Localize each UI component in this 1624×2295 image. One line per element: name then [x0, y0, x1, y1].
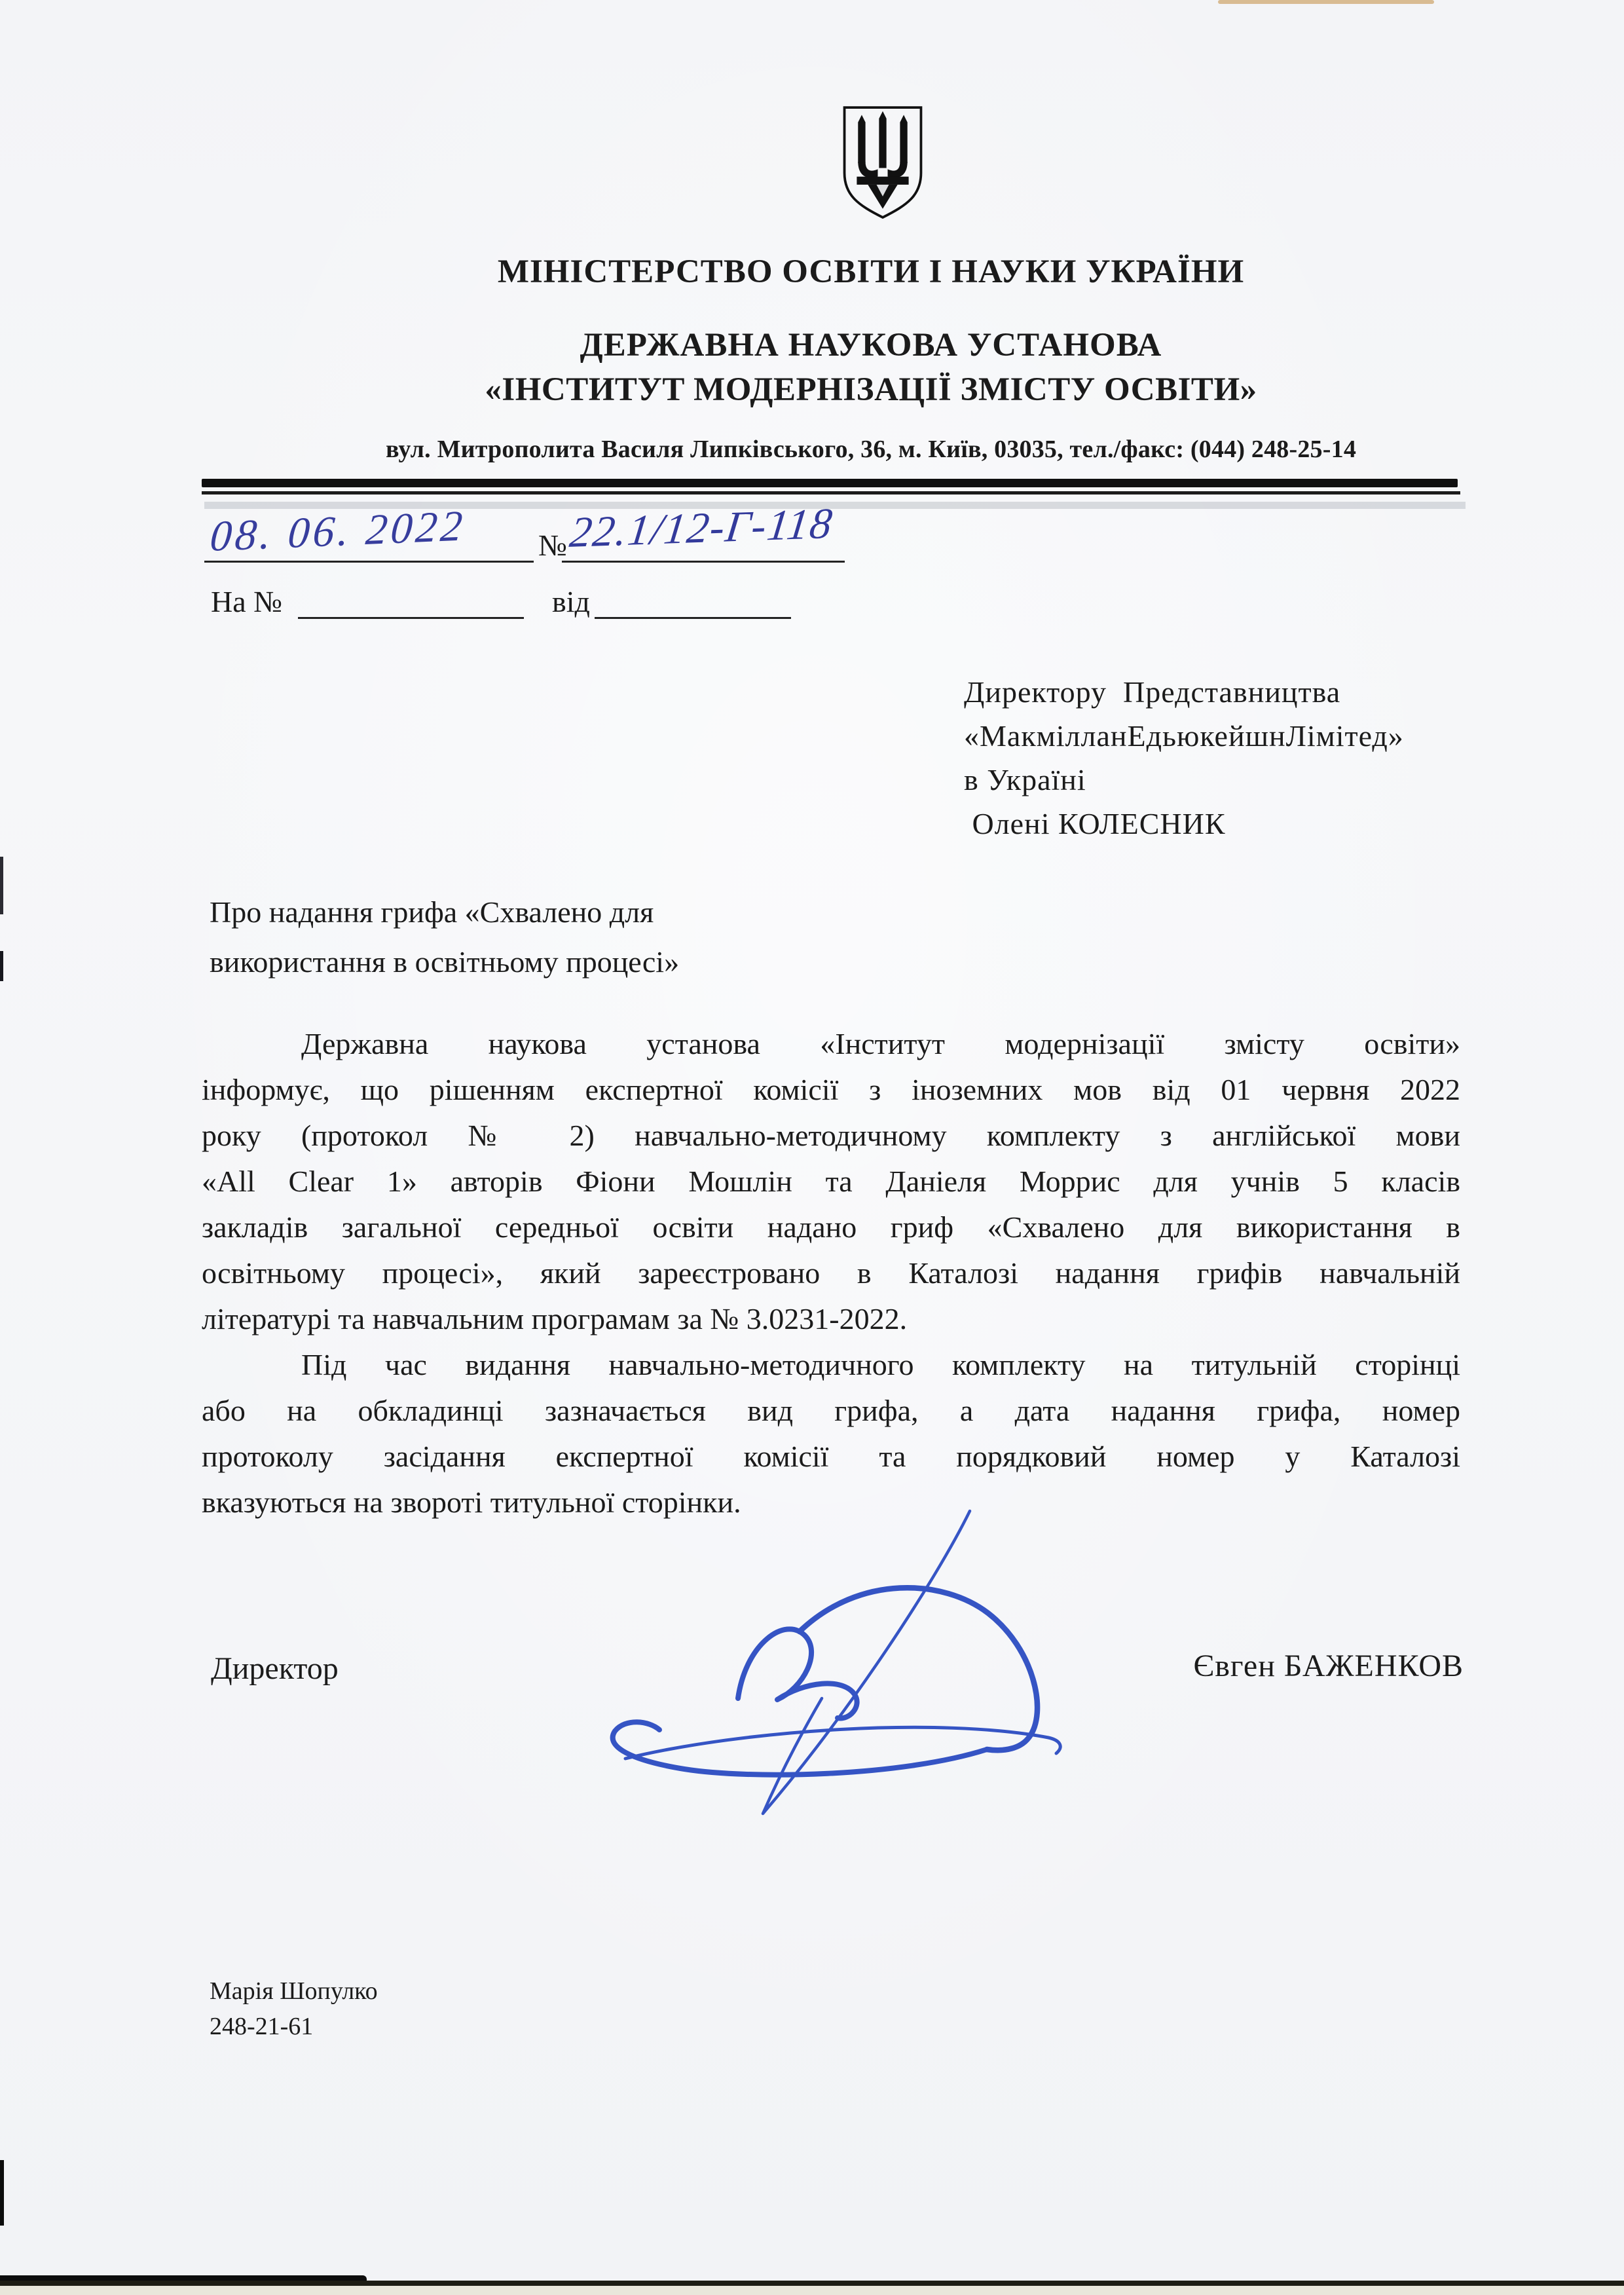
scanned-letter-page: { "header": { "emblem_icon": "ukraine-tr… — [0, 0, 1624, 2295]
organization-name-line1: ДЕРЖАВНА НАУКОВА УСТАНОВА — [151, 326, 1591, 364]
body-line: інформує, що рішенням експертної комісії… — [202, 1069, 1460, 1115]
header-rule-thin — [202, 491, 1460, 494]
body-line: року (протокол № 2) навчально-методичном… — [202, 1115, 1460, 1161]
contact-phone: 248-21-61 — [210, 2012, 313, 2041]
signature-scribble-icon — [586, 1497, 1097, 1827]
scan-edge-artifact — [0, 857, 3, 914]
body-line: літературі та навчальним програмам за № … — [202, 1298, 1460, 1344]
recipient-line: в Україні — [964, 762, 1553, 806]
body-line: закладів загальної середньої освіти нада… — [202, 1206, 1460, 1252]
scan-edge-artifact — [0, 951, 3, 981]
number-sign-label: № — [538, 528, 567, 563]
recipient-line: Олені КОЛЕСНИК — [964, 806, 1553, 850]
body-line: «All Clear 1» авторів Фіони Мошлін та Да… — [202, 1161, 1460, 1206]
tryzub-emblem — [840, 102, 926, 223]
handwritten-number: 22.1/12-Г-118 — [567, 499, 836, 558]
na-no-label: На № — [211, 584, 282, 619]
scan-edge-artifact — [0, 2160, 4, 2226]
subject-line: використання в освітньому процесі» — [210, 944, 930, 994]
organization-address: вул. Митрополита Василя Липківського, 36… — [151, 435, 1591, 464]
subject-block: Про надання грифа «Схвалено для використ… — [210, 895, 930, 994]
letter-body: Державна наукова установа «Інститут моде… — [202, 1023, 1460, 1527]
body-line: Під час видання навчально-методичного ко… — [202, 1344, 1460, 1390]
subject-line: Про надання грифа «Схвалено для — [210, 895, 930, 944]
signer-name: Євген БАЖЕНКОВ — [1074, 1648, 1464, 1684]
na-no-underline — [298, 617, 524, 619]
signer-title: Директор — [211, 1651, 339, 1687]
ukraine-trident-shield-icon — [840, 102, 926, 223]
signature-ink — [586, 1497, 1097, 1827]
recipient-line: Директору Представництва — [964, 675, 1553, 718]
recipient-block: Директору Представництва «МакмілланЕдьюк… — [964, 675, 1553, 850]
number-underline — [562, 561, 845, 563]
ministry-title: МІНІСТЕРСТВО ОСВІТИ І НАУКИ УКРАЇНИ — [151, 253, 1591, 291]
body-line: освітньому процесі», який зареєстровано … — [202, 1252, 1460, 1298]
organization-name-line2: «ІНСТИТУТ МОДЕРНІЗАЦІЇ ЗМІСТУ ОСВІТИ» — [151, 371, 1591, 409]
contact-name: Марія Шопулко — [210, 1977, 378, 2006]
scanner-background-strip — [0, 2286, 1624, 2295]
header-rule-thick — [202, 479, 1458, 487]
handwritten-date: 08. 06. 2022 — [208, 501, 468, 562]
body-line: протоколу засідання експертної комісії т… — [202, 1436, 1460, 1482]
scan-smudge-top-right — [1218, 0, 1434, 4]
vid-label: від — [552, 584, 590, 619]
paper-bottom-edge — [0, 2281, 1624, 2286]
body-line: або на обкладинці зазначається вид грифа… — [202, 1390, 1460, 1436]
recipient-line: «МакмілланЕдьюкейшнЛімітед» — [964, 718, 1553, 762]
vid-underline — [595, 617, 791, 619]
body-line: Державна наукова установа «Інститут моде… — [202, 1023, 1460, 1069]
date-underline — [204, 561, 534, 563]
